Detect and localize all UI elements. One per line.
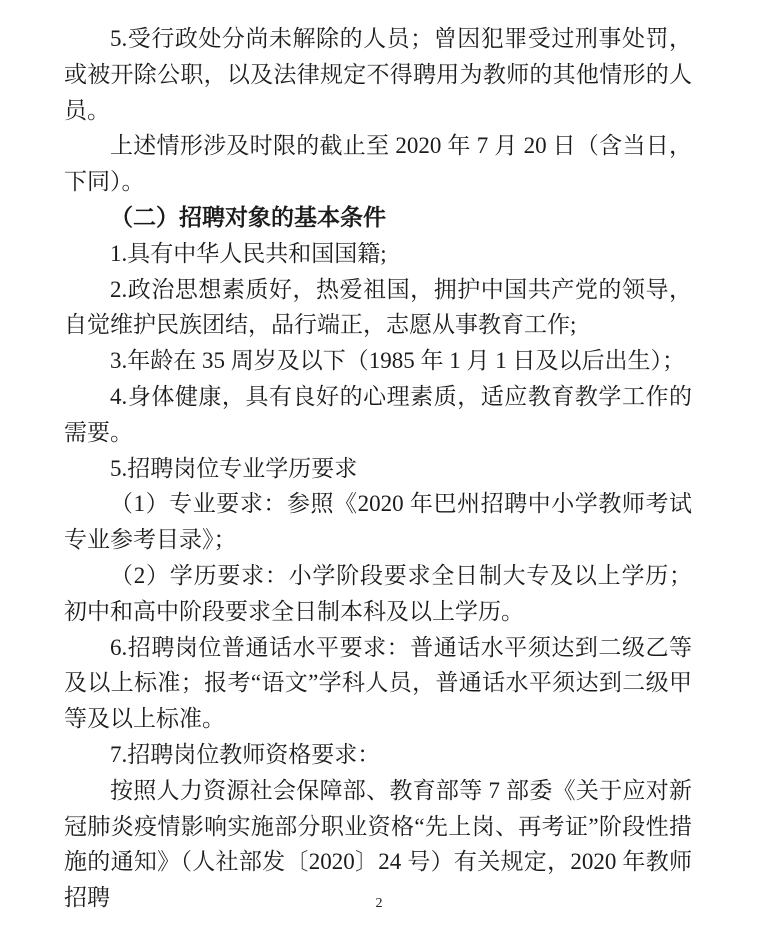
paragraph-item-6-mandarin: 6.招聘岗位普通话水平要求：普通话水平须达到二级乙等及以上标准；报考“语文”学科… xyxy=(64,630,692,737)
paragraph-item-5-qualification-title: 5.招聘岗位专业学历要求 xyxy=(64,451,692,487)
page-number: 2 xyxy=(0,896,758,912)
paragraph-item-4-health: 4.身体健康，具有良好的心理素质，适应教育教学工作的需要。 xyxy=(64,379,692,451)
paragraph-item-7-teacher-cert-title: 7.招聘岗位教师资格要求： xyxy=(64,737,692,773)
paragraph-item-3-age: 3.年龄在 35 周岁及以下（1985 年 1 月 1 日及以后出生）； xyxy=(64,343,692,379)
paragraph-item-7-policy: 按照人力资源社会保障部、教育部等 7 部委《关于应对新冠肺炎疫情影响实施部分职业… xyxy=(64,773,692,916)
paragraph-item-5-2-education: （2）学历要求：小学阶段要求全日制大专及以上学历；初中和高中阶段要求全日制本科及… xyxy=(64,558,692,630)
paragraph-item-1-nationality: 1.具有中华人民共和国国籍; xyxy=(64,236,692,272)
document-body: 5.受行政处分尚未解除的人员；曾因犯罪受过刑事处罚，或被开除公职，以及法律规定不… xyxy=(64,21,692,916)
paragraph-deadline-note: 上述情形涉及时限的截止至 2020 年 7 月 20 日（含当日，下同）。 xyxy=(64,128,692,200)
section-heading-basic-conditions: （二）招聘对象的基本条件 xyxy=(64,200,692,236)
paragraph-item-5-1-major: （1）专业要求：参照《2020 年巴州招聘中小学教师考试专业参考目录》； xyxy=(64,486,692,558)
paragraph-disqualification: 5.受行政处分尚未解除的人员；曾因犯罪受过刑事处罚，或被开除公职，以及法律规定不… xyxy=(64,21,692,128)
paragraph-item-2-political: 2.政治思想素质好，热爱祖国，拥护中国共产党的领导，自觉维护民族团结，品行端正，… xyxy=(64,272,692,344)
document-page: 5.受行政处分尚未解除的人员；曾因犯罪受过刑事处罚，或被开除公职，以及法律规定不… xyxy=(0,0,758,937)
